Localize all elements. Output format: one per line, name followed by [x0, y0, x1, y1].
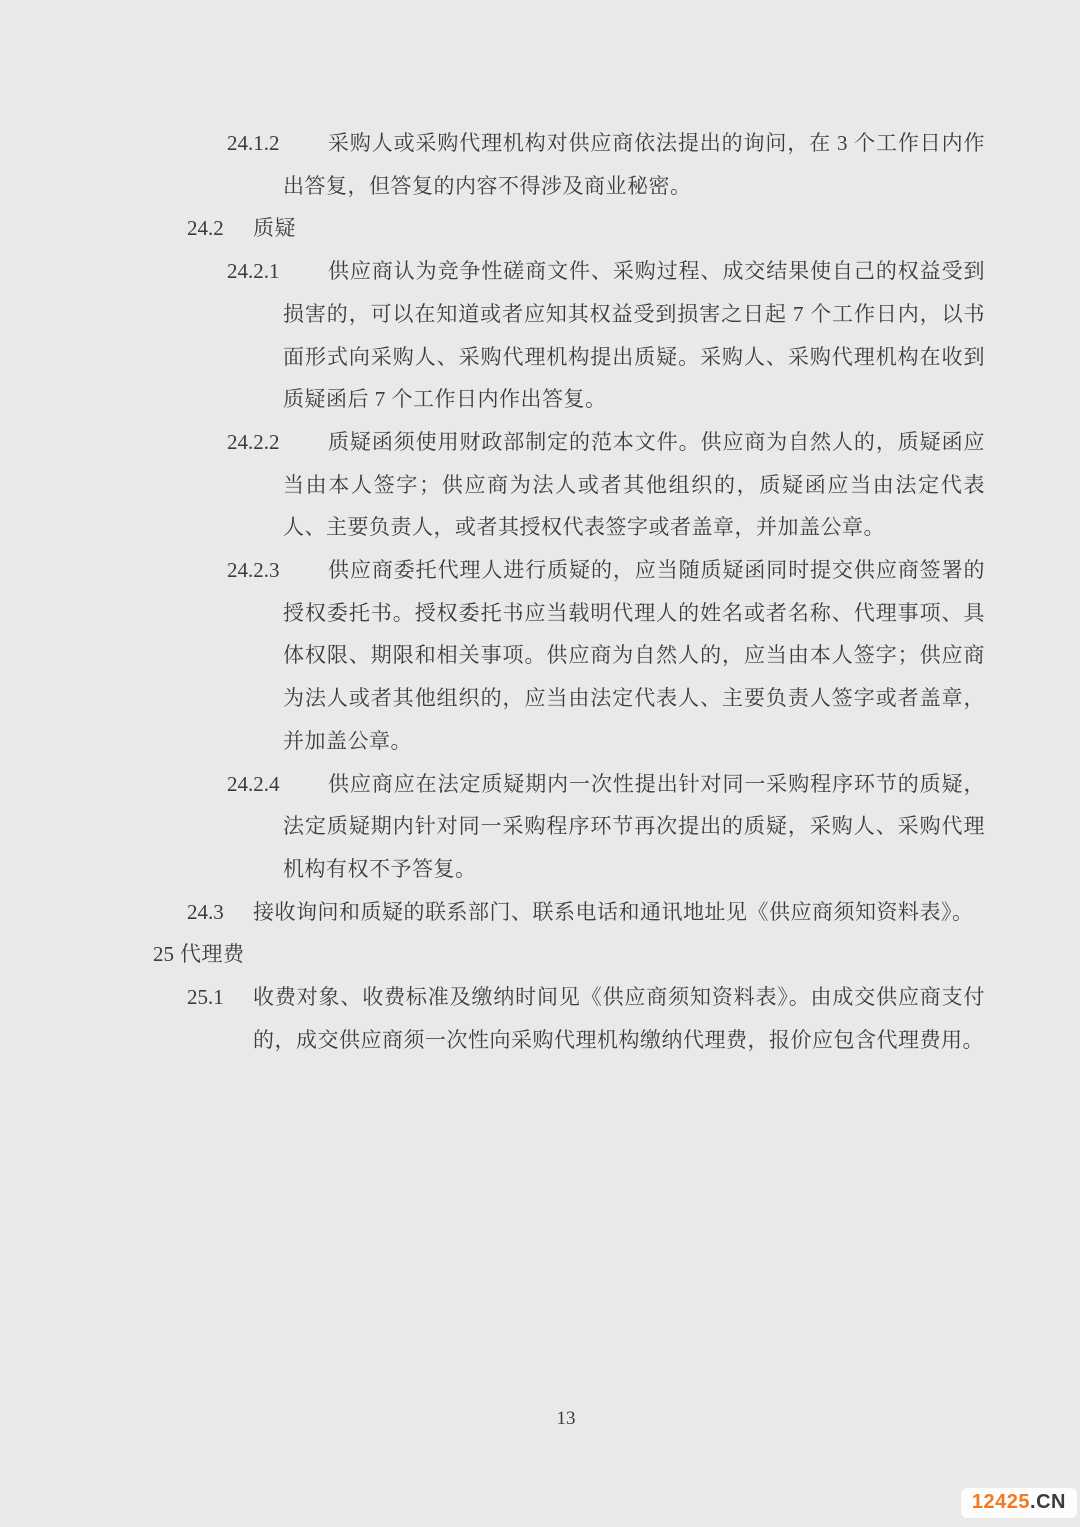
clause-number: 25.1	[187, 976, 224, 1019]
page-number: 13	[520, 1408, 612, 1430]
watermark-site-name: 12425	[972, 1491, 1030, 1513]
clause-24-2-3: 24.2.3 供应商委托代理人进行质疑的，应当随质疑函同时提交供应商签署的授权委…	[0, 549, 1080, 763]
clause-number: 24.3	[187, 891, 224, 934]
clause-text: 收费对象、收费标准及缴纳时间见《供应商须知资料表》。由成交供应商支付的，成交供应…	[253, 976, 985, 1061]
watermark-tld: .CN	[1030, 1491, 1066, 1513]
clause-24-1-2: 24.1.2 采购人或采购代理机构对供应商依法提出的询问，在 3 个工作日内作出…	[0, 122, 1080, 207]
clause-number: 24.1.2	[227, 122, 280, 165]
clause-text: 供应商应在法定质疑期内一次性提出针对同一采购程序环节的质疑，法定质疑期内针对同一…	[283, 763, 985, 891]
clause-25: 25 代理费	[0, 933, 1080, 976]
clause-text: 采购人或采购代理机构对供应商依法提出的询问，在 3 个工作日内作出答复，但答复的…	[283, 122, 985, 207]
clause-text: 供应商认为竞争性磋商文件、采购过程、成交结果使自己的权益受到损害的，可以在知道或…	[283, 250, 985, 421]
clause-24-2: 24.2 质疑	[0, 207, 1080, 250]
clause-24-2-2: 24.2.2 质疑函须使用财政部制定的范本文件。供应商为自然人的，质疑函应当由本…	[0, 421, 1080, 549]
clause-text: 供应商委托代理人进行质疑的，应当随质疑函同时提交供应商签署的授权委托书。授权委托…	[283, 549, 985, 763]
document-page: 24.1.2 采购人或采购代理机构对供应商依法提出的询问，在 3 个工作日内作出…	[0, 0, 1080, 1527]
document-body: 24.1.2 采购人或采购代理机构对供应商依法提出的询问，在 3 个工作日内作出…	[0, 0, 1080, 1061]
clause-number: 24.2.2	[227, 421, 280, 464]
clause-number: 24.2	[187, 207, 224, 250]
clause-number: 24.2.4	[227, 763, 280, 806]
clause-number: 24.2.3	[227, 549, 280, 592]
clause-24-2-1: 24.2.1 供应商认为竞争性磋商文件、采购过程、成交结果使自己的权益受到损害的…	[0, 250, 1080, 421]
clause-number: 25	[153, 933, 174, 976]
site-watermark: 12425.CN	[961, 1488, 1077, 1518]
clause-24-2-4: 24.2.4 供应商应在法定质疑期内一次性提出针对同一采购程序环节的质疑，法定质…	[0, 763, 1080, 891]
clause-number: 24.2.1	[227, 250, 280, 293]
clause-24-3: 24.3 接收询问和质疑的联系部门、联系电话和通讯地址见《供应商须知资料表》。	[0, 891, 1080, 934]
clause-heading-text: 质疑	[253, 207, 985, 250]
clause-text: 接收询问和质疑的联系部门、联系电话和通讯地址见《供应商须知资料表》。	[253, 891, 985, 934]
clause-text: 质疑函须使用财政部制定的范本文件。供应商为自然人的，质疑函应当由本人签字；供应商…	[283, 421, 985, 549]
clause-heading-text: 代理费	[180, 933, 986, 976]
clause-25-1: 25.1 收费对象、收费标准及缴纳时间见《供应商须知资料表》。由成交供应商支付的…	[0, 976, 1080, 1061]
